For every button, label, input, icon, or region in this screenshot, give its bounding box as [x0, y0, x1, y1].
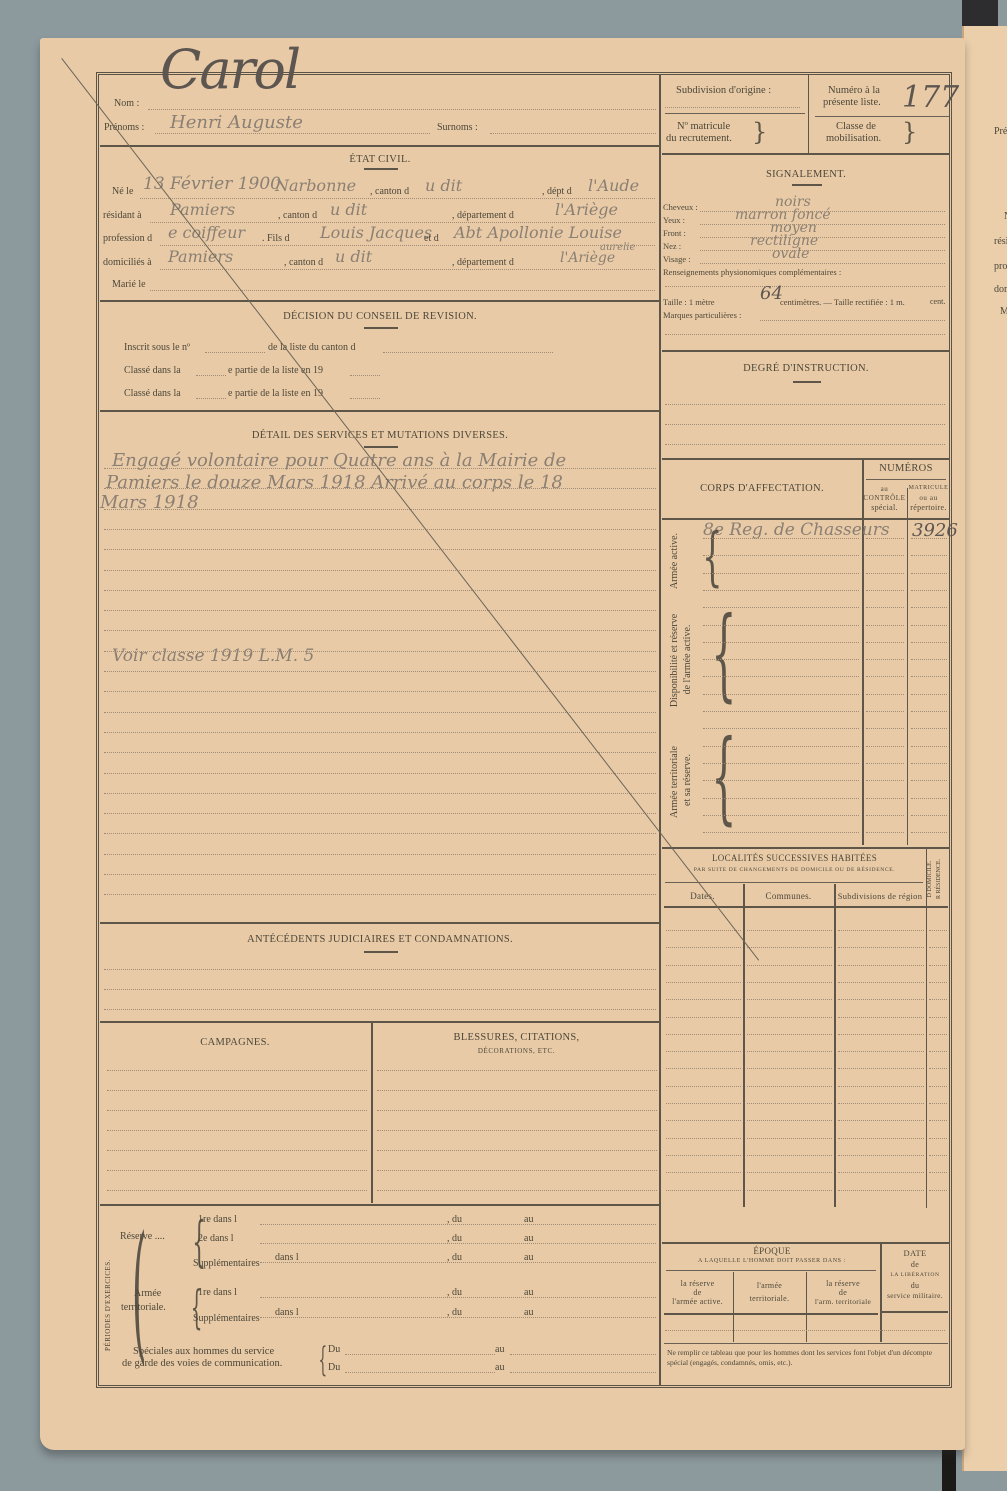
- epoque-col3-2: de: [806, 1288, 880, 1297]
- taille-cent: cent.: [930, 297, 945, 306]
- dep-label: , dépt d: [542, 186, 572, 197]
- profession-label: profession d: [103, 233, 152, 244]
- marques-label: Marques particulières :: [663, 310, 741, 320]
- numero-value: 177: [902, 80, 959, 115]
- classe-1-label: Classé dans la: [124, 365, 181, 376]
- ne-le-label: Né le: [112, 186, 133, 197]
- profession-value: e coiffeur: [168, 223, 245, 242]
- du-label-2: Du: [328, 1362, 340, 1373]
- side-dispo-1: Disponibilité et réserve: [669, 603, 680, 718]
- epoque-col1-1: la réserve: [662, 1279, 733, 1288]
- etat-civil-title: ÉTAT CIVIL.: [100, 154, 660, 165]
- front-label: Front :: [663, 228, 686, 238]
- date-liberation-4: du: [880, 1281, 950, 1290]
- date-liberation-1: DATE: [880, 1248, 950, 1258]
- epoque-col1-2: de: [662, 1288, 733, 1297]
- canton2-label: , canton d: [278, 210, 317, 221]
- facing-prenoms: Pré: [994, 126, 1007, 137]
- taille-label: Taille : 1 mètre: [663, 297, 715, 307]
- partie-1-label: e partie de la liste en 19: [228, 365, 323, 376]
- facing-page: Pré N rési pro dom M: [962, 26, 1007, 1471]
- binding-top: [962, 0, 998, 26]
- facing-resi: rési: [994, 236, 1007, 247]
- facing-m: M: [1000, 306, 1007, 317]
- services-line-3: Mars 1918: [100, 492, 199, 513]
- blessures-title: BLESSURES, CITATIONS,: [373, 1032, 660, 1043]
- visage-value: ovale: [772, 246, 809, 262]
- degre-instruction-title: DEGRÉ D'INSTRUCTION.: [662, 363, 950, 374]
- et-label: et d: [424, 233, 439, 244]
- au-label-s2: au: [495, 1362, 504, 1373]
- corps-affectation-title: CORPS D'AFFECTATION.: [662, 483, 862, 494]
- side-armee-active: Armée active.: [669, 521, 680, 601]
- col-controle-3: spécial.: [862, 503, 907, 512]
- reserve-label: Réserve ....: [120, 1231, 165, 1242]
- services-note: Voir classe 1919 L.M. 5: [112, 646, 314, 666]
- numero-label-2: présente liste.: [823, 97, 881, 108]
- canton1-value: u dit: [425, 176, 462, 195]
- armee-label-1: Armée: [134, 1288, 161, 1299]
- date-liberation-3: LA LIBÉRATION: [880, 1272, 950, 1278]
- matricule-label-2: du recrutement.: [666, 133, 732, 144]
- departement2-label: , département d: [452, 210, 514, 221]
- epoque-col2-2: territoriale.: [733, 1294, 806, 1303]
- reserve-2-label: 2e dans l: [198, 1233, 234, 1244]
- numero-label-1: Numéro à la: [828, 85, 880, 96]
- corps-entry: 8e Reg. de Chasseurs: [703, 520, 890, 540]
- taille-suffix: centimètres. — Taille rectifiée : 1 m.: [780, 297, 905, 307]
- dep-value: l'Aude: [588, 176, 639, 195]
- subdivision-label: Subdivision d'origine :: [676, 85, 771, 96]
- epoque-title: ÉPOQUE: [662, 1246, 882, 1256]
- canton3-value: u dit: [335, 247, 372, 266]
- visage-label: Visage :: [663, 254, 691, 264]
- prenoms-value: Henri Auguste: [170, 112, 303, 133]
- classe-label-2: mobilisation.: [826, 133, 881, 144]
- reserve-1-label: 1re dans l: [198, 1214, 237, 1225]
- localites-subtitle: PAR SUITE DE CHANGEMENTS DE DOMICILE OU …: [662, 867, 927, 873]
- binding-strip: [942, 1450, 956, 1491]
- col-controle-1: au: [862, 485, 907, 493]
- side-terr-2: et sa réserve.: [682, 740, 693, 820]
- col-subdivisions: Subdivisions de région: [834, 891, 926, 901]
- prenoms-label: Prénoms :: [104, 122, 144, 133]
- epoque-col3-3: l'arm. territoriale: [806, 1297, 880, 1306]
- lieu-naissance-value: Narbonne: [275, 176, 356, 195]
- armee-label-2: territoriale.: [121, 1302, 166, 1313]
- classe-2-label: Classé dans la: [124, 388, 181, 399]
- col-communes: Communes.: [743, 891, 834, 901]
- signalement-title: SIGNALEMENT.: [662, 169, 950, 180]
- mere-value: Abt Apollonie Louise: [454, 223, 622, 242]
- campagnes-title: CAMPAGNES.: [100, 1037, 370, 1048]
- armee-1-label: 1re dans l: [198, 1287, 237, 1298]
- col-controle-2: CONTRÔLE: [862, 494, 907, 502]
- epoque-note: Ne remplir ce tableau que pour les homme…: [667, 1348, 949, 1368]
- date-liberation-5: service militaire.: [880, 1291, 950, 1300]
- blessures-subtitle: DÉCORATIONS, ETC.: [373, 1047, 660, 1055]
- supp-1-label: Supplémentaires: [193, 1258, 260, 1269]
- residant-label: résidant à: [103, 210, 142, 221]
- partie-2-label: e partie de la liste en 19: [228, 388, 323, 399]
- departement2-value: l'Ariège: [555, 200, 618, 219]
- date-liberation-2: de: [880, 1260, 950, 1269]
- du-label-1: Du: [328, 1344, 340, 1355]
- nom-value: Carol: [160, 38, 299, 101]
- facing-pro: pro: [994, 261, 1007, 272]
- speciales-label-1: Spéciales aux hommes du service: [133, 1346, 274, 1357]
- epoque-col2-1: l'armée: [733, 1281, 806, 1290]
- periodes-side-label: PÉRIODES D'EXERCICES.: [104, 1250, 112, 1360]
- col-matricule-1: MATRICULE: [907, 485, 950, 491]
- services-line-2: Pamiers le douze Mars 1918 Arrivé au cor…: [106, 472, 563, 493]
- canton1-label: , canton d: [370, 186, 409, 197]
- antecedents-title: ANTÉCÉDENTS JUDICIAIRES ET CONDAMNATIONS…: [100, 934, 660, 945]
- services-title: DÉTAIL DES SERVICES ET MUTATIONS DIVERSE…: [100, 430, 660, 441]
- departement3-value: l'Ariège: [560, 250, 615, 266]
- col-matricule-3: répertoire.: [907, 503, 950, 512]
- localites-title: LOCALITÉS SUCCESSIVES HABITÉES: [662, 853, 927, 863]
- conseil-revision-title: DÉCISION DU CONSEIL DE REVISION.: [100, 311, 660, 322]
- localites-side-2: R RÉSIDENCE.: [936, 853, 942, 905]
- canton3-label: , canton d: [284, 257, 323, 268]
- supp-2-label: Supplémentaires: [193, 1313, 260, 1324]
- pere-value: Louis Jacques: [320, 223, 432, 242]
- classe-label-1: Classe de: [836, 121, 876, 132]
- canton2-value: u dit: [330, 200, 367, 219]
- epoque-col3-1: la réserve: [806, 1279, 880, 1288]
- au-label-s1: au: [495, 1344, 504, 1355]
- departement3-label: , département d: [452, 257, 514, 268]
- inscrit-label: Inscrit sous le nº: [124, 342, 190, 353]
- side-terr-1: Armée territoriale: [669, 732, 680, 832]
- domicilies-label: domiciliés à: [103, 257, 152, 268]
- col-dates: Dates.: [662, 891, 743, 901]
- matricule-label-1: Nº matricule: [677, 121, 730, 132]
- facing-dom: dom: [994, 284, 1007, 295]
- marie-label: Marié le: [112, 279, 146, 290]
- speciales-label-2: de garde des voies de communication.: [122, 1358, 282, 1369]
- epoque-col1-3: l'armée active.: [662, 1297, 733, 1306]
- localites-side-1: D DOMICILE.: [927, 853, 933, 905]
- nez-label: Nez :: [663, 241, 681, 251]
- nom-label: Nom :: [114, 98, 139, 109]
- col-matricule-2: ou au: [907, 494, 950, 502]
- domicilies-value: Pamiers: [168, 247, 233, 266]
- cheveux-label: Cheveux :: [663, 202, 698, 212]
- side-dispo-2: de l'armée active.: [682, 607, 693, 712]
- surnoms-label: Surnoms :: [437, 122, 478, 133]
- renseignements-label: Renseignements physionomiques complément…: [663, 267, 841, 277]
- numeros-title: NUMÉROS: [862, 463, 950, 474]
- yeux-label: Yeux :: [663, 215, 685, 225]
- fils-label: . Fils d: [262, 233, 290, 244]
- epoque-subtitle: A LAQUELLE L'HOMME DOIT PASSER DANS :: [662, 1258, 882, 1264]
